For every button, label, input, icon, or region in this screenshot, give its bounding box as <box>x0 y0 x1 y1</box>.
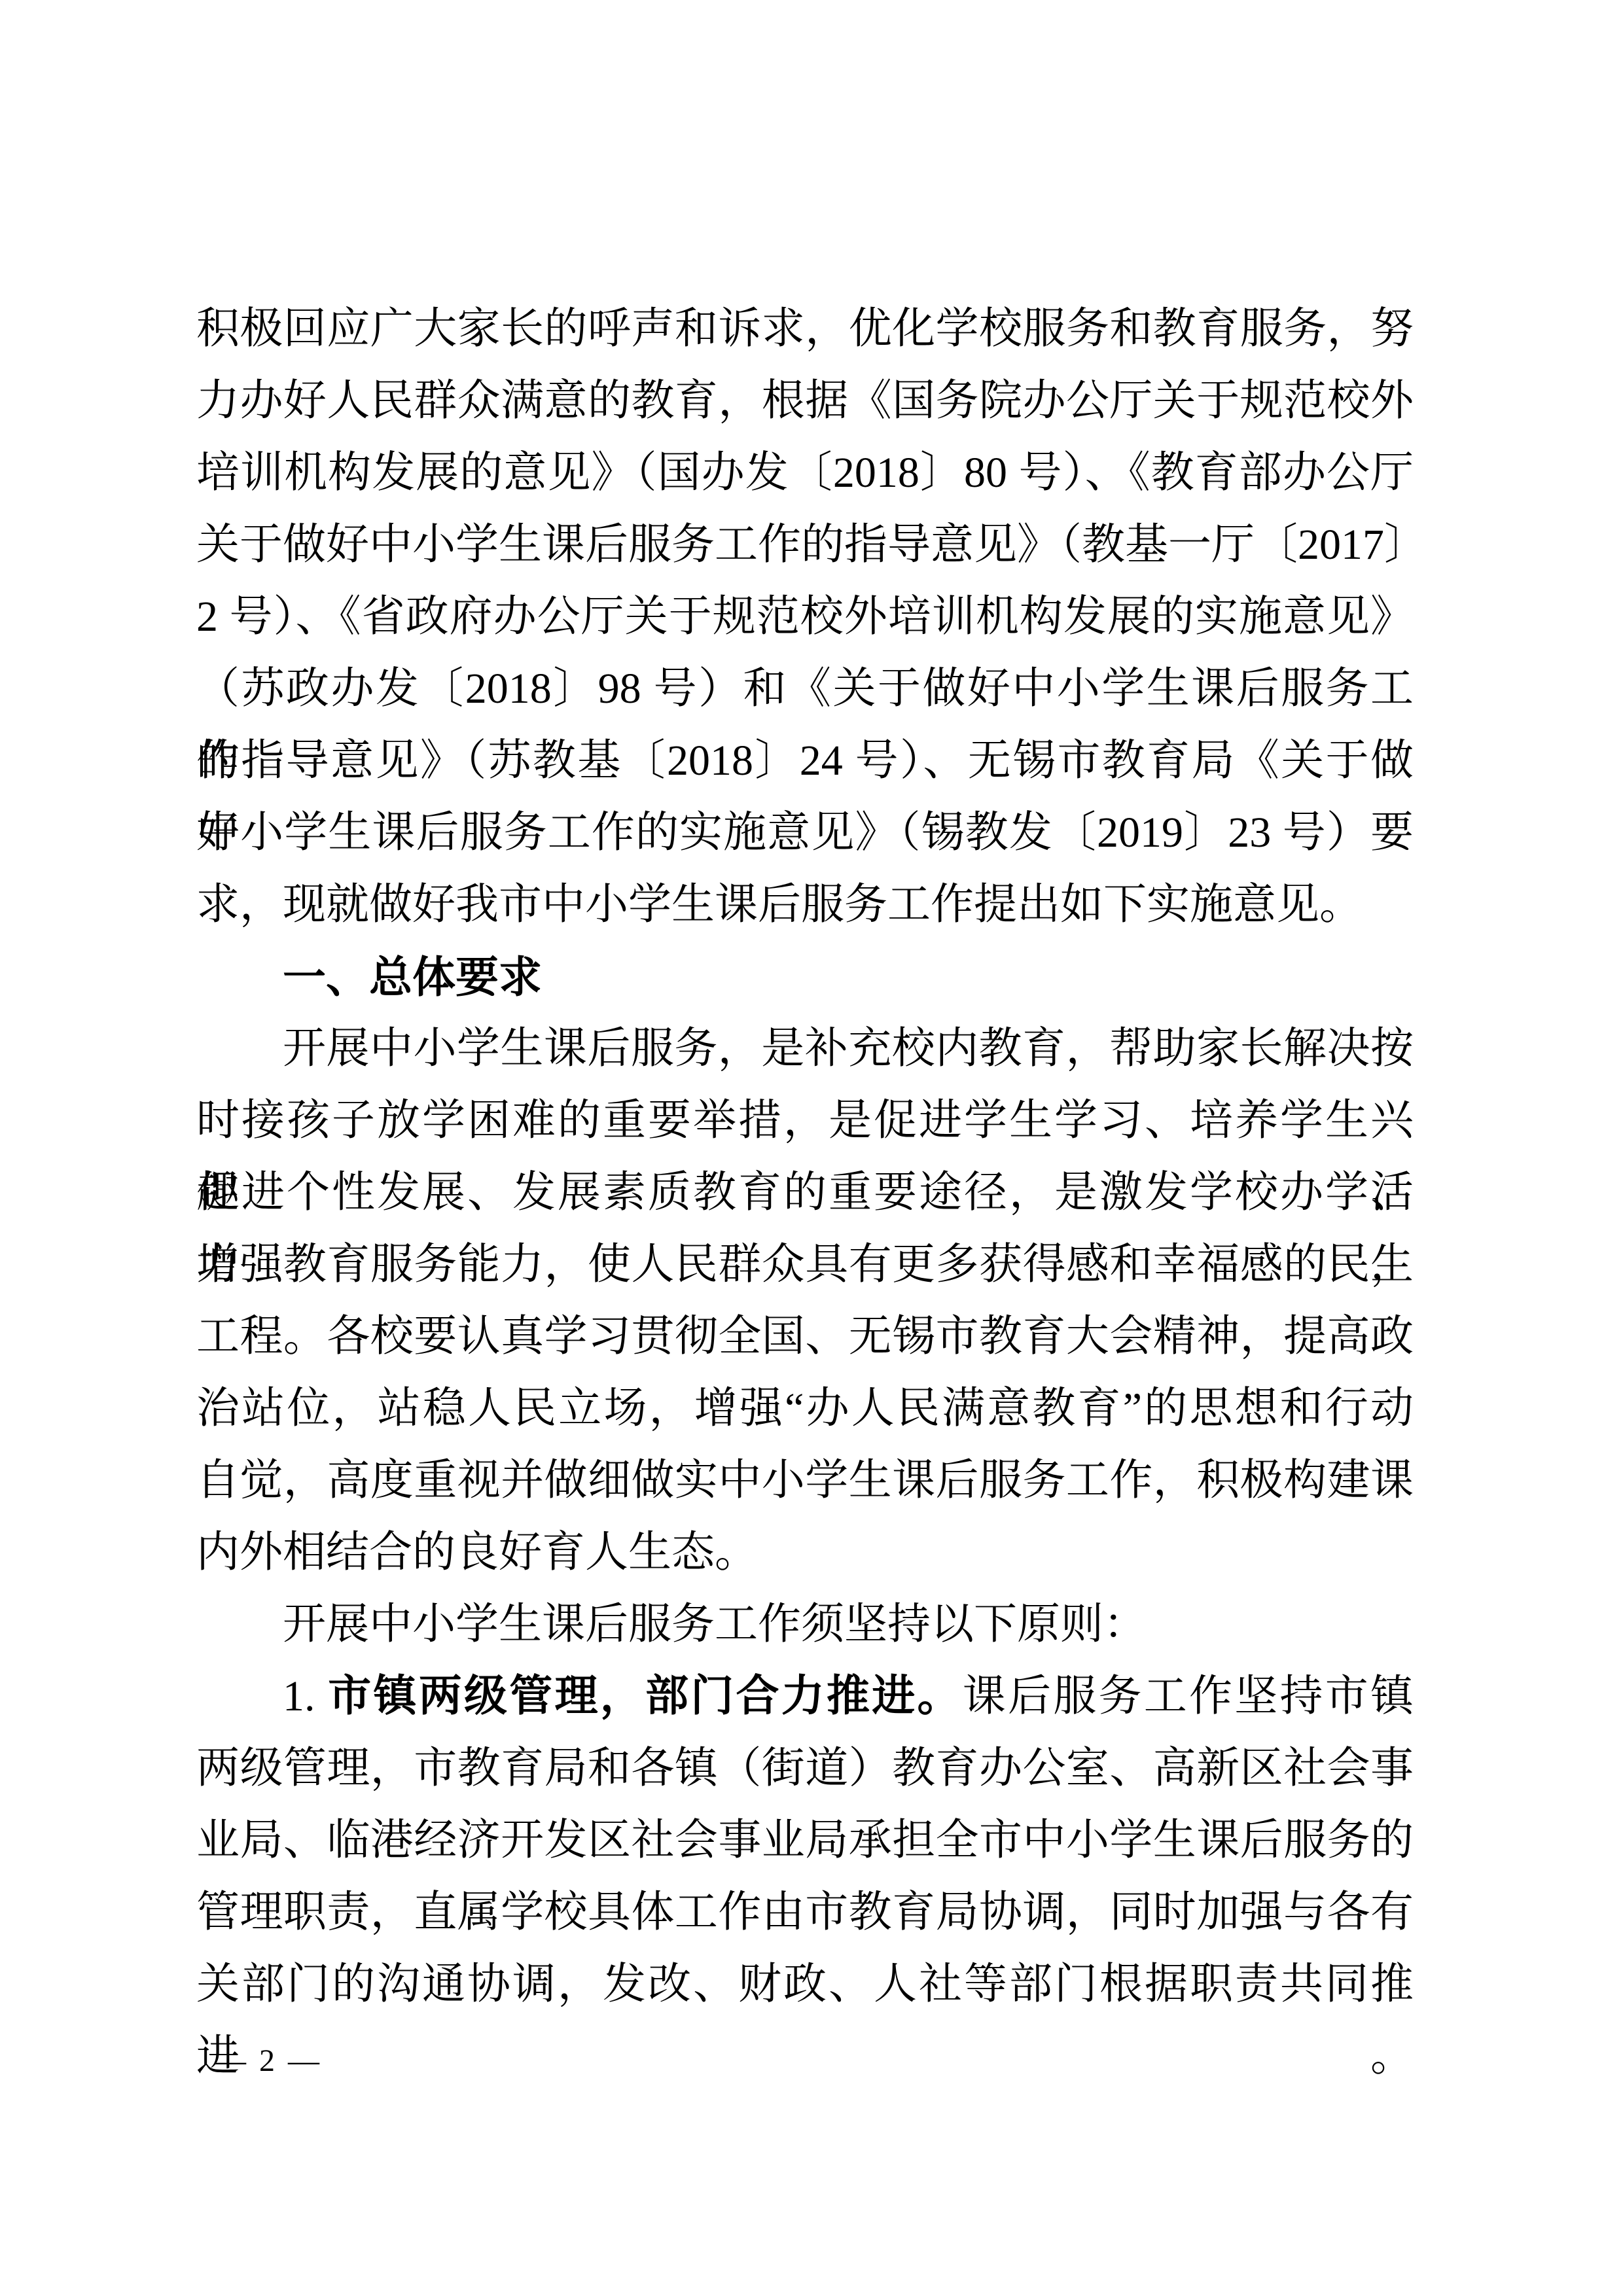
text-run: 关部门的沟通协调，发改、财政、人社等部门根据职责共同推进。 <box>196 1960 1414 2080</box>
text-line: 的指导意见》（苏教基〔2018〕24 号）、无锡市教育局《关于做好 <box>196 725 1414 797</box>
text-line: 开展中小学生课后服务工作须坚持以下原则： <box>196 1589 1414 1661</box>
text-run: 两级管理，市教育局和各镇（街道）教育办公室、高新区社会事 <box>196 1744 1414 1792</box>
text-run: 关于做好中小学生课后服务工作的指导意见》（教基一厅〔2017〕 <box>196 521 1427 569</box>
text-run: 治站位，站稳人民立场，增强“办人民满意教育”的思想和行动 <box>196 1385 1414 1432</box>
text-line: （苏政办发〔2018〕98 号）和《关于做好中小学生课后服务工作 <box>196 653 1414 725</box>
text-run: 业局、临港经济开发区社会事业局承担全市中小学生课后服务的 <box>196 1816 1414 1864</box>
text-line: 2 号）、《省政府办公厅关于规范校外培训机构发展的实施意见》 <box>196 581 1414 653</box>
text-run: 积极回应广大家长的呼声和诉求，优化学校服务和教育服务，努 <box>196 305 1414 353</box>
text-run: 内外相结合的良好育人生态。 <box>196 1528 758 1576</box>
text-line: 自觉，高度重视并做细做实中小学生课后服务工作，积极构建课 <box>196 1445 1414 1517</box>
section-heading: 一、总体要求 <box>196 941 1414 1013</box>
text-run: 自觉，高度重视并做细做实中小学生课后服务工作，积极构建课 <box>196 1457 1414 1504</box>
text-line: 关部门的沟通协调，发改、财政、人社等部门根据职责共同推进。 <box>196 1949 1414 2021</box>
text-line: 业局、临港经济开发区社会事业局承担全市中小学生课后服务的 <box>196 1805 1414 1877</box>
text-run: 培训机构发展的意见》（国办发〔2018〕80 号）、《教育部办公厅 <box>196 449 1414 497</box>
text-run: 1. <box>283 1672 328 1720</box>
text-run: 增强教育服务能力，使人民群众具有更多获得感和幸福感的民生 <box>196 1241 1414 1288</box>
text-line: 中小学生课后服务工作的实施意见》（锡教发〔2019〕23 号）要 <box>196 797 1414 869</box>
text-line: 开展中小学生课后服务，是补充校内教育，帮助家长解决按 <box>196 1013 1414 1085</box>
text-line: 两级管理，市教育局和各镇（街道）教育办公室、高新区社会事 <box>196 1733 1414 1805</box>
text-line: 积极回应广大家长的呼声和诉求，优化学校服务和教育服务，努 <box>196 293 1414 365</box>
text-run: 开展中小学生课后服务，是补充校内教育，帮助家长解决按 <box>283 1025 1414 1072</box>
text-run: 开展中小学生课后服务工作须坚持以下原则： <box>283 1600 1147 1648</box>
page-number: — 2 — <box>215 2040 322 2082</box>
text-line: 增强教育服务能力，使人民群众具有更多获得感和幸福感的民生 <box>196 1229 1414 1301</box>
text-line: 1. 市镇两级管理，部门合力推进。课后服务工作坚持市镇 <box>196 1661 1414 1733</box>
bold-text-run: 一、总体要求 <box>283 953 542 1001</box>
text-line: 治站位，站稳人民立场，增强“办人民满意教育”的思想和行动 <box>196 1373 1414 1445</box>
text-run: 管理职责，直属学校具体工作由市教育局协调，同时加强与各有 <box>196 1888 1414 1936</box>
bold-text-run: 市镇两级管理，部门合力推进。 <box>328 1672 963 1720</box>
text-line: 内外相结合的良好育人生态。 <box>196 1517 1414 1589</box>
text-line: 促进个性发展、发展素质教育的重要途径，是激发学校办学活力， <box>196 1157 1414 1229</box>
text-run: 求，现就做好我市中小学生课后服务工作提出如下实施意见。 <box>196 881 1363 928</box>
text-run: 课后服务工作坚持市镇 <box>963 1672 1414 1720</box>
document-page: 积极回应广大家长的呼声和诉求，优化学校服务和教育服务，努力办好人民群众满意的教育… <box>0 0 1623 2296</box>
text-line: 求，现就做好我市中小学生课后服务工作提出如下实施意见。 <box>196 869 1414 941</box>
text-line: 培训机构发展的意见》（国办发〔2018〕80 号）、《教育部办公厅 <box>196 437 1414 509</box>
text-line: 力办好人民群众满意的教育，根据《国务院办公厅关于规范校外 <box>196 365 1414 437</box>
text-run: 中小学生课后服务工作的实施意见》（锡教发〔2019〕23 号）要 <box>196 809 1414 857</box>
text-line: 管理职责，直属学校具体工作由市教育局协调，同时加强与各有 <box>196 1877 1414 1949</box>
document-body: 积极回应广大家长的呼声和诉求，优化学校服务和教育服务，努力办好人民群众满意的教育… <box>196 293 1414 2021</box>
text-line: 关于做好中小学生课后服务工作的指导意见》（教基一厅〔2017〕 <box>196 509 1414 581</box>
text-run: 工程。各校要认真学习贯彻全国、无锡市教育大会精神，提高政 <box>196 1313 1414 1360</box>
text-line: 时接孩子放学困难的重要举措，是促进学生学习、培养学生兴趣、 <box>196 1085 1414 1157</box>
text-run: 力办好人民群众满意的教育，根据《国务院办公厅关于规范校外 <box>196 377 1414 425</box>
text-run: 2 号）、《省政府办公厅关于规范校外培训机构发展的实施意见》 <box>196 593 1414 641</box>
text-line: 工程。各校要认真学习贯彻全国、无锡市教育大会精神，提高政 <box>196 1301 1414 1373</box>
